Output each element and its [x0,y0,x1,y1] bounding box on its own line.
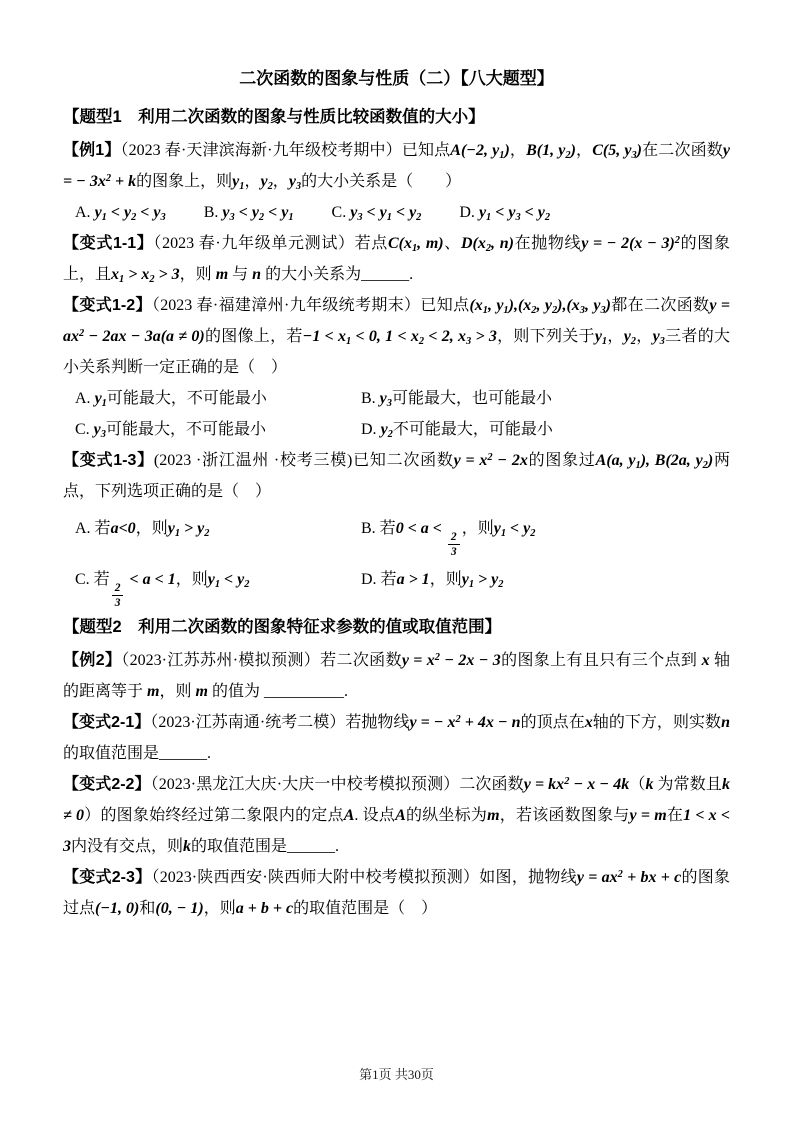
math-run: ),(x [509,297,532,314]
fraction-denominator: 3 [451,545,457,558]
page-footer: 第1页 共30页 [0,1064,793,1083]
text-run: 可能最大，也可能最小 [392,390,552,407]
math-run: > 3 [471,328,497,345]
example-1-options-A: A. y1 < y2 < y3 [75,197,166,228]
math-run: y [222,204,229,221]
text-run: ，则下列关于 [497,328,595,345]
math-run: C(x [388,235,412,252]
math-run: y [94,421,101,438]
text-run: . 设点 [354,807,395,824]
label-run: 【变式1-2】 [63,297,152,314]
math-run: y [653,328,660,345]
math-run: x [111,266,119,283]
example-1-options-C: C. y3 < y1 < y2 [332,197,422,228]
math-run: A(−2, y [450,142,499,159]
variant-2-3: 【变式2-3】（2023·陕西西安·陕西师大附中校考模拟预测）如图，抛物线y =… [63,862,730,924]
math-run: , n) [491,235,514,252]
variant-1-3-options-C: C. 若23 < a < 1，则y1 < y2 [75,558,361,609]
text-run: 在抛物线 [514,235,581,252]
math-run: B(1, y [526,142,565,159]
math-run: x [585,714,593,731]
text-run: ， [244,173,260,190]
text-run: D. 若 [361,571,397,588]
math-run: > 3 [155,266,180,283]
text-run: D. [361,421,381,438]
math-run: < y [521,204,545,221]
math-run: > y [180,520,204,537]
variant-1-2-options-C: C. y3可能最大，不可能最小 [75,414,361,445]
math-run: a<0 [111,520,136,537]
fraction-numerator: 2 [112,582,124,596]
example-1-options-B: B. y3 < y2 < y1 [204,197,294,228]
example-1-options: A. y1 < y2 < y3B. y3 < y2 < y1C. y3 < y1… [63,197,730,228]
variant-1-3: 【变式1-3】(2023 ·浙江温州 ·校考三模)已知二次函数y = x2 − … [63,445,730,507]
text-run: （2023 春·福建漳州·九年级统考期末）已知点 [152,297,470,314]
math-run: y [260,173,267,190]
math-run: , y [536,297,551,314]
text-run: （2023·江苏苏州·模拟预测）若二次函数 [121,652,402,669]
math-run: y = ax [577,869,618,886]
math-run: k [183,838,191,855]
label-run: 【例1】 [63,142,121,159]
math-run: y = x [402,652,435,669]
math-run: > y [474,571,498,588]
text-run: 为常数且 [653,776,722,793]
math-run: < y [235,204,259,221]
math-run: y [380,390,387,407]
math-run: < y [220,571,244,588]
math-run: 2 [545,212,550,223]
math-run: 2 [530,528,535,539]
text-run: ， [636,328,653,345]
math-run: , y [585,297,600,314]
text-run: ，则 [136,520,168,537]
math-run: n [252,266,261,283]
math-run: A [344,807,355,824]
text-run: 的大小关系为______. [261,266,413,283]
text-run: (2023 ·浙江温州 ·校考三模)已知二次函数 [154,452,454,469]
page-title: 二次函数的图象与性质（二）【八大题型】 [63,66,730,92]
math-run: 1 [288,212,293,223]
text-run: ， [273,173,289,190]
text-run: A. 若 [75,520,111,537]
math-run: y [208,571,215,588]
math-run: A [395,807,406,824]
math-run: y [95,204,102,221]
text-run: ，则 [176,571,208,588]
math-run: A(a, y [596,452,636,469]
math-run: ), B(2a, y [641,452,703,469]
document-body: 【题型1 利用二次函数的图象与性质比较函数值的大小】【例1】（2023 春·天津… [63,102,730,924]
variant-1-3-options-B: B. 若0 < a < 23，则y1 < y2 [361,507,730,558]
fraction: 23 [448,531,460,558]
text-run: 的图像上，若 [205,328,303,345]
math-run: m [195,683,207,700]
text-run: B. 若 [361,520,396,537]
variant-1-3-options-A: A. 若a<0，则y1 > y2 [75,507,361,558]
math-run: y [494,520,501,537]
text-run: B. [361,390,380,407]
example-1: 【例1】（2023 春·天津滨海新·九年级校考期中）已知点A(−2, y1)，B… [63,135,730,197]
text-run: 的顶点在 [521,714,585,731]
math-run: , m) [417,235,443,252]
topic-heading-1: 【题型1 利用二次函数的图象与性质比较函数值的大小】 [63,102,730,133]
text-run: 可能最大，不可能最小 [106,421,266,438]
label-run: 【例2】 [63,652,121,669]
math-run: (0, − 1) [155,900,203,917]
math-run: C(5, y [592,142,631,159]
text-run: C. [332,204,351,221]
math-run: < y [107,204,131,221]
text-run: ，则 [430,571,462,588]
text-run: 在 [667,807,683,824]
math-run: y [462,571,469,588]
text-run: D. [459,204,479,221]
text-run: 的图象上，则 [136,173,232,190]
math-run: D(x [461,235,486,252]
variant-1-1: 【变式1-1】（2023 春·九年级单元测试）若点C(x1, m)、D(x2, … [63,228,730,290]
math-run: < y [136,204,160,221]
text-run: 的取值范围是______. [191,838,339,855]
text-run: 不可能最大，可能最小 [393,421,553,438]
label-run: 【变式2-2】 [63,776,151,793]
math-run: + 4x − n [461,714,521,731]
variant-1-2: 【变式1-2】（2023 春·福建漳州·九年级统考期末）已知点(x1, y1),… [63,290,730,383]
text-run: ， [510,142,526,159]
document-page: 二次函数的图象与性质（二）【八大题型】 【题型1 利用二次函数的图象与性质比较函… [0,0,793,1122]
variant-1-3-options-D: D. 若a > 1，则y1 > y2 [361,558,730,609]
math-run: −1 < x [303,328,346,345]
math-run: y [289,173,296,190]
math-run: m [487,807,499,824]
math-run: n [721,714,730,731]
text-run: 与 [228,266,252,283]
text-run: 的取值范围是______. [63,745,211,762]
example-1-options-D: D. y1 < y3 < y2 [459,197,550,228]
math-run: y = m [630,807,667,824]
math-run: + bx + c [623,869,681,886]
math-run: y [595,328,602,345]
math-run: < y [491,204,515,221]
text-run: ， [576,142,592,159]
text-run: ，则 [180,266,216,283]
text-run: C. 若 [75,571,110,588]
math-run: a > 1 [397,571,430,588]
text-run: （2023 春·天津滨海新·九年级校考期中）已知点 [121,142,451,159]
math-run: + k [111,173,136,190]
text-run: A. [75,390,95,407]
text-run: 的图象上有且只有三个点到 [501,652,702,669]
text-run: （2023 春·九年级单元测试）若点 [153,235,388,252]
example-2: 【例2】（2023·江苏苏州·模拟预测）若二次函数y = x2 − 2x − 3… [63,645,730,707]
variant-2-2: 【变式2-2】（2023·黑龙江大庆·大庆一中校考模拟预测）二次函数y = kx… [63,769,730,862]
math-run: 2 [498,579,503,590]
math-run: 3 [161,212,166,223]
text-run: ，则 [204,900,236,917]
math-run: y [381,421,388,438]
label-run: 【变式1-3】 [63,452,154,469]
math-run: (−1, 0) [95,900,139,917]
text-run: B. [204,204,223,221]
text-run: ， [607,328,624,345]
math-run: y [624,328,631,345]
text-run: 和 [139,900,155,917]
math-run: x [702,652,710,669]
variant-2-1: 【变式2-1】（2023·江苏南通·统考二模）若抛物线y = − x2 + 4x… [63,707,730,769]
text-run: （2023·陕西西安·陕西师大附中校考模拟预测）如图，抛物线 [151,869,576,886]
math-run: (x [469,297,482,314]
text-run: 的图象过 [528,452,596,469]
math-run: < 2, x [424,328,466,345]
text-run: （2023·江苏南通·统考二模）若抛物线 [150,714,409,731]
math-run: y = kx [524,776,564,793]
fraction: 23 [112,582,124,609]
text-run: 的纵坐标为 [406,807,487,824]
text-run: 、 [444,235,461,252]
text-run: 内没有交点，则 [71,838,183,855]
variant-1-2-options: A. y1可能最大，不可能最小B. y3可能最大，也可能最小C. y3可能最大，… [63,383,730,445]
text-run: 轴的下方，则实数 [593,714,721,731]
math-run: y = − x [410,714,456,731]
fraction-denominator: 3 [115,596,121,609]
variant-1-2-options-A: A. y1可能最大，不可能最小 [75,383,361,414]
text-run: 可能最大，不可能最小 [107,390,267,407]
math-run: y [479,204,486,221]
math-run: a + b + c [236,900,293,917]
fraction-numerator: 2 [448,531,460,545]
math-run: 0 < a < [396,520,446,537]
label-run: 【变式2-3】 [63,869,151,886]
topic-heading-2: 【题型2 利用二次函数的图象特征求参数的值或取值范围】 [63,612,730,643]
text-run: （2023·黑龙江大庆·大庆一中校考模拟预测）二次函数 [151,776,524,793]
math-run: y = − 2(x − 3) [581,235,675,252]
variant-1-2-options-B: B. y3可能最大，也可能最小 [361,383,730,414]
math-run: y [95,390,102,407]
math-run: − x − 4k [569,776,629,793]
variant-1-3-options: A. 若a<0，则y1 > y2B. 若0 < a < 23，则y1 < y2C… [63,507,730,609]
math-run: y [168,520,175,537]
math-run: > x [124,266,149,283]
math-run: 2 [244,579,249,590]
math-run: < y [392,204,416,221]
math-run: − 2x [493,452,528,469]
text-run: 的值为 __________. [208,683,348,700]
math-run: < a < 1 [125,571,175,588]
math-run: < 0, 1 < x [351,328,419,345]
label-run: 【变式2-1】 [63,714,150,731]
text-run: 的取值范围是（ ） [293,900,437,917]
text-run: ，则 [159,683,195,700]
variant-1-2-options-D: D. y2不可能最大，可能最小 [361,414,730,445]
math-run: < y [506,520,530,537]
math-run: y = x [454,452,488,469]
text-run: C. [75,421,94,438]
math-run: m [216,266,228,283]
math-run: − 2ax − 3a(a ≠ 0) [84,328,205,345]
math-run: m [147,683,159,700]
text-run: ）的图象始终经过第二象限内的定点 [84,807,344,824]
math-run: − 2x − 3 [440,652,501,669]
text-run: ，则 [462,520,494,537]
math-run: < y [363,204,387,221]
math-run: 2 [416,212,421,223]
math-run: , y [488,297,503,314]
text-run: 都在二次函数 [611,297,709,314]
text-run: ，若该函数图象与 [500,807,630,824]
text-run: 在二次函数 [642,142,723,159]
text-run: A. [75,204,95,221]
text-run: 的大小关系是（ ） [301,173,461,190]
label-run: 【变式1-1】 [63,235,153,252]
math-run: < y [264,204,288,221]
math-run: 2 [204,528,209,539]
math-run: ),(x [557,297,580,314]
text-run: （ [629,776,645,793]
